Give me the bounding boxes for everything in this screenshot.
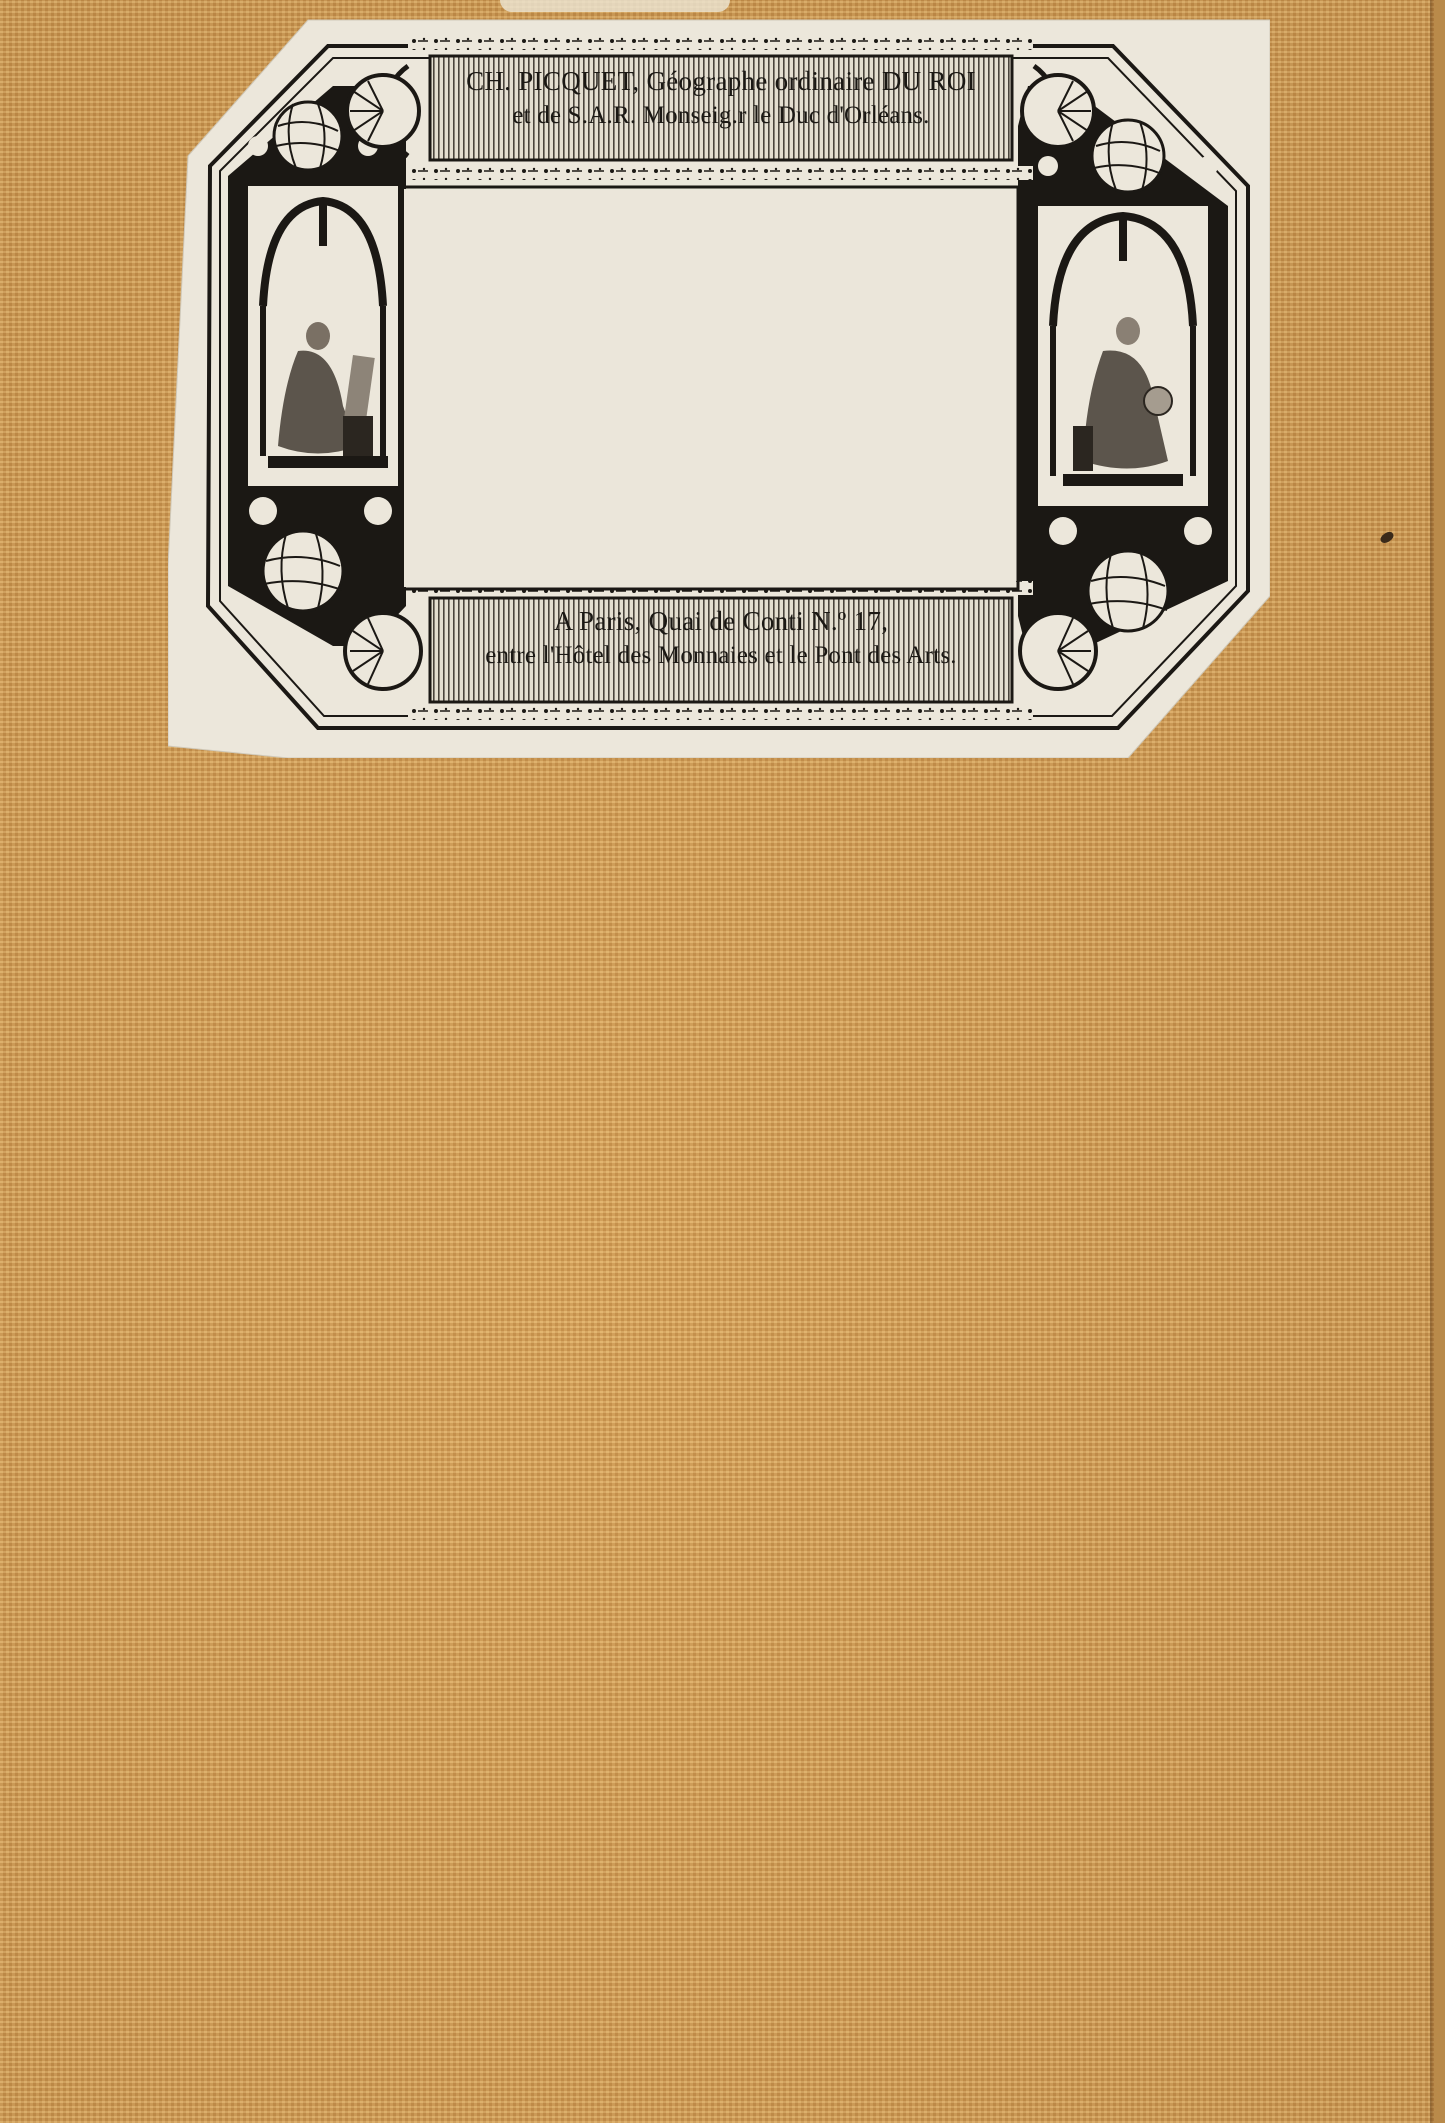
label-top-text: CH. PICQUET, Géographe ordinaire DU ROI … bbox=[430, 58, 1012, 158]
engraved-label: CH. PICQUET, Géographe ordinaire DU ROI … bbox=[168, 6, 1270, 758]
label-bottom-text: A Paris, Quai de Conti N.º 17, entre l'H… bbox=[430, 598, 1012, 698]
left-ornament-panel bbox=[228, 86, 406, 646]
patron-line: et de S.A.R. Monseig.r le Duc d'Orléans. bbox=[430, 103, 1012, 128]
address-line: A Paris, Quai de Conti N.º 17, bbox=[430, 608, 1012, 635]
label-blank-panel bbox=[404, 189, 1016, 587]
location-line: entre l'Hôtel des Monnaies et le Pont de… bbox=[430, 643, 1012, 668]
publisher-line: CH. PICQUET, Géographe ordinaire DU ROI bbox=[430, 68, 1012, 95]
cover-edge-strip bbox=[1434, 0, 1445, 2123]
